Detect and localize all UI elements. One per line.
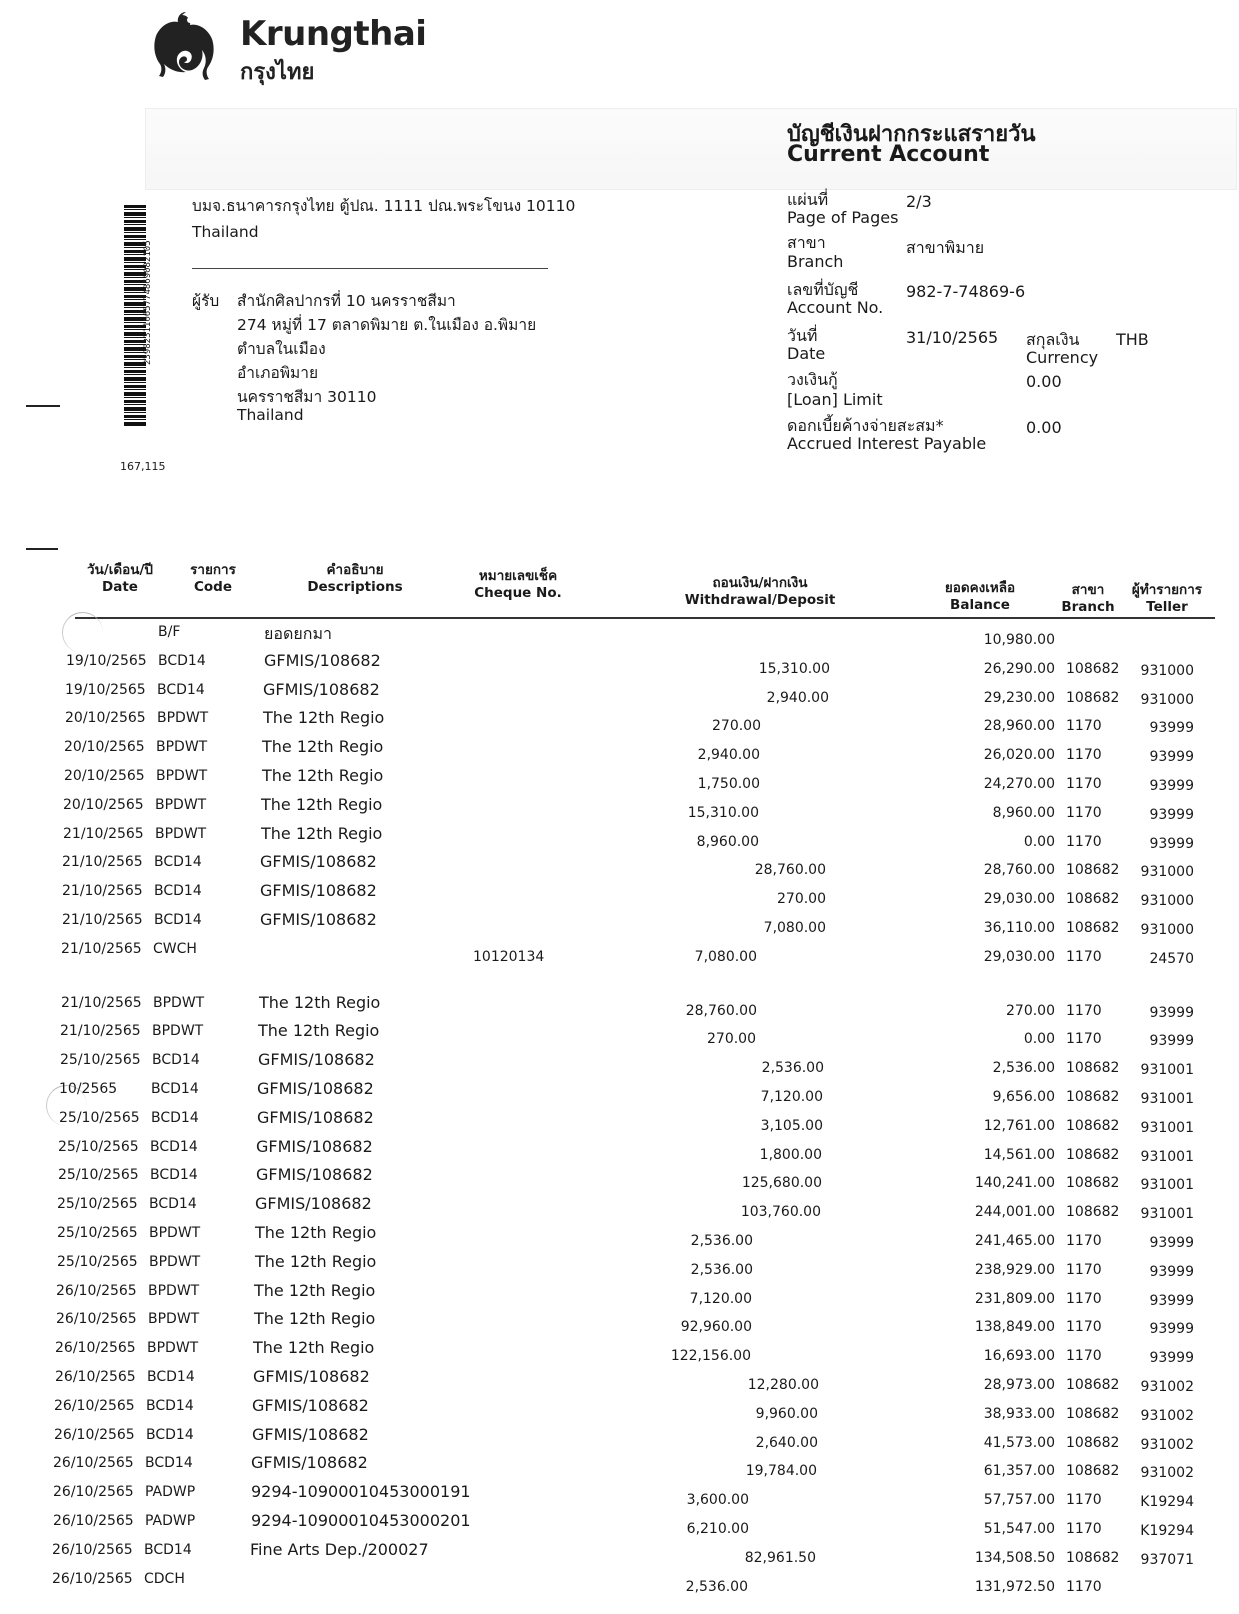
row-teller: 93999 <box>1110 1005 1194 1021</box>
row-balance: 0.00 <box>880 1031 1055 1047</box>
row-desc: The 12th Regio <box>254 1309 375 1328</box>
row-teller: 93999 <box>1110 720 1194 736</box>
row-deposit: 82,961.50 <box>676 1550 816 1566</box>
row-desc: GFMIS/108682 <box>257 1108 374 1127</box>
row-desc: The 12th Regio <box>261 795 382 814</box>
row-code: BCD14 <box>154 854 202 870</box>
row-date: 21/10/2565 <box>62 854 143 870</box>
statement-date: 31/10/2565 <box>906 328 998 347</box>
row-teller: 93999 <box>1110 1321 1194 1337</box>
row-code: BCD14 <box>145 1455 193 1471</box>
row-branch: 1170 <box>1066 1319 1102 1335</box>
row-branch: 1170 <box>1066 718 1102 734</box>
col-header-withdrawal-deposit: ถอนเงิน/ฝากเงินWithdrawal/Deposit <box>680 575 840 609</box>
row-teller: 931000 <box>1110 893 1194 909</box>
row-teller: 931000 <box>1110 922 1194 938</box>
row-teller: 931000 <box>1110 692 1194 708</box>
row-desc: The 12th Regio <box>262 766 383 785</box>
row-branch: 1170 <box>1066 834 1102 850</box>
row-deposit: 2,640.00 <box>678 1435 818 1451</box>
table-row: 10/2565BCD14GFMIS/1086827,120.009,656.00… <box>0 1081 1239 1109</box>
row-balance: 29,030.00 <box>880 949 1055 965</box>
brand-name-en: Krungthai <box>240 14 426 54</box>
row-desc: GFMIS/108682 <box>256 1137 373 1156</box>
row-balance: 24,270.00 <box>880 776 1055 792</box>
row-teller: 931002 <box>1110 1437 1194 1453</box>
garuda-logo-icon <box>150 8 222 86</box>
row-desc: The 12th Regio <box>259 993 380 1012</box>
row-branch: 1170 <box>1066 1003 1102 1019</box>
table-row: 25/10/2565BCD14GFMIS/1086821,800.0014,56… <box>0 1139 1239 1167</box>
row-code: BCD14 <box>146 1398 194 1414</box>
branch-value: สาขาพิมาย <box>906 236 984 261</box>
row-withdrawal: 2,536.00 <box>613 1262 753 1278</box>
row-date: 19/10/2565 <box>65 682 146 698</box>
row-code: BPDWT <box>155 826 206 842</box>
row-branch: 1170 <box>1066 1031 1102 1047</box>
table-row: 19/10/2565BCD14GFMIS/1086822,940.0029,23… <box>0 682 1239 710</box>
row-date: 26/10/2565 <box>53 1513 134 1529</box>
table-row: 25/10/2565BPDWTThe 12th Regio2,536.00241… <box>0 1225 1239 1253</box>
row-withdrawal: 1,750.00 <box>620 776 760 792</box>
page-label-th: แผ่นที่ <box>787 190 828 210</box>
row-code: BCD14 <box>147 1369 195 1385</box>
accrued-value: 0.00 <box>1026 418 1062 437</box>
table-row: B/Fยอดยกมา10,980.00 <box>0 624 1239 652</box>
row-teller: 931001 <box>1110 1206 1194 1222</box>
date-label-th: วันที่ <box>787 326 817 346</box>
row-balance: 270.00 <box>880 1003 1055 1019</box>
row-teller: K19294 <box>1110 1523 1194 1539</box>
row-balance: 26,290.00 <box>880 661 1055 677</box>
row-teller: 93999 <box>1110 1264 1194 1280</box>
row-balance: 28,960.00 <box>880 718 1055 734</box>
row-code: BPDWT <box>152 1023 203 1039</box>
row-desc: ยอดยกมา <box>264 622 332 647</box>
row-balance: 36,110.00 <box>880 920 1055 936</box>
row-date: 25/10/2565 <box>59 1110 140 1126</box>
table-row: 26/10/2565PADWP9294-109000104530001913,6… <box>0 1484 1239 1512</box>
table-row: 21/10/2565BCD14GFMIS/108682270.0029,030.… <box>0 883 1239 911</box>
row-code: BCD14 <box>151 1081 199 1097</box>
row-date: 25/10/2565 <box>60 1052 141 1068</box>
row-withdrawal: 270.00 <box>621 718 761 734</box>
row-date: 21/10/2565 <box>62 883 143 899</box>
row-desc: The 12th Regio <box>253 1338 374 1357</box>
row-cheque: 10120134 <box>473 949 544 965</box>
table-row: 25/10/2565BCD14GFMIS/108682103,760.00244… <box>0 1196 1239 1224</box>
row-desc: The 12th Regio <box>261 824 382 843</box>
col-header-code: รายการCode <box>178 562 248 596</box>
row-desc: GFMIS/108682 <box>252 1425 369 1444</box>
row-withdrawal: 2,536.00 <box>608 1579 748 1595</box>
row-desc: The 12th Regio <box>262 737 383 756</box>
row-code: BPDWT <box>155 797 206 813</box>
row-code: BPDWT <box>149 1254 200 1270</box>
row-desc: The 12th Regio <box>255 1223 376 1242</box>
row-balance: 38,933.00 <box>880 1406 1055 1422</box>
fold-mark <box>26 405 60 407</box>
row-deposit: 28,760.00 <box>686 862 826 878</box>
row-withdrawal: 2,940.00 <box>620 747 760 763</box>
row-desc: 9294-10900010453000201 <box>251 1511 471 1530</box>
row-balance: 8,960.00 <box>880 805 1055 821</box>
row-desc: 9294-10900010453000191 <box>251 1482 471 1501</box>
brand-name-th: กรุงไทย <box>240 54 314 89</box>
row-code: BCD14 <box>150 1167 198 1183</box>
row-branch: 1170 <box>1066 776 1102 792</box>
row-desc: GFMIS/108682 <box>251 1453 368 1472</box>
row-deposit: 270.00 <box>686 891 826 907</box>
table-row: 25/10/2565BCD14GFMIS/1086823,105.0012,76… <box>0 1110 1239 1138</box>
row-balance: 140,241.00 <box>880 1175 1055 1191</box>
row-code: BCD14 <box>154 883 202 899</box>
table-row: 21/10/2565BCD14GFMIS/1086827,080.0036,11… <box>0 912 1239 940</box>
row-teller: 93999 <box>1110 1350 1194 1366</box>
row-balance: 244,001.00 <box>880 1204 1055 1220</box>
row-teller: 931001 <box>1110 1062 1194 1078</box>
row-withdrawal: 7,120.00 <box>612 1291 752 1307</box>
row-deposit: 2,536.00 <box>684 1060 824 1076</box>
row-code: BPDWT <box>156 768 207 784</box>
table-row: 26/10/2565BPDWTThe 12th Regio122,156.001… <box>0 1340 1239 1368</box>
recipient-line-6: Thailand <box>237 406 304 424</box>
row-teller: 931000 <box>1110 864 1194 880</box>
row-code: BCD14 <box>152 1052 200 1068</box>
table-row: 26/10/2565BPDWTThe 12th Regio92,960.0013… <box>0 1311 1239 1339</box>
row-deposit: 2,940.00 <box>689 690 829 706</box>
row-deposit: 125,680.00 <box>682 1175 822 1191</box>
row-withdrawal: 2,536.00 <box>613 1233 753 1249</box>
row-teller: 931001 <box>1110 1177 1194 1193</box>
col-header-teller: ผู้ทำรายการTeller <box>1122 582 1212 616</box>
row-teller: 93999 <box>1110 1235 1194 1251</box>
row-withdrawal: 15,310.00 <box>619 805 759 821</box>
row-desc: GFMIS/108682 <box>260 881 377 900</box>
col-header-descriptions: คำอธิบายDescriptions <box>300 562 410 596</box>
header-divider <box>75 617 1215 619</box>
row-branch: 1170 <box>1066 949 1102 965</box>
row-date: 26/10/2565 <box>54 1427 135 1443</box>
row-withdrawal: 92,960.00 <box>612 1319 752 1335</box>
currency-value: THB <box>1116 330 1149 349</box>
row-date: 26/10/2565 <box>56 1311 137 1327</box>
row-branch: 1170 <box>1066 747 1102 763</box>
table-row: 20/10/2565BPDWTThe 12th Regio15,310.008,… <box>0 797 1239 825</box>
recipient-line-3: ตำบลในเมือง <box>237 336 326 361</box>
row-date: 26/10/2565 <box>55 1369 136 1385</box>
row-date: 21/10/2565 <box>63 826 144 842</box>
row-withdrawal: 270.00 <box>616 1031 756 1047</box>
row-date: 20/10/2565 <box>64 739 145 755</box>
row-deposit: 7,080.00 <box>686 920 826 936</box>
row-date: 21/10/2565 <box>62 912 143 928</box>
row-desc: The 12th Regio <box>263 708 384 727</box>
row-code: BPDWT <box>147 1340 198 1356</box>
row-code: BCD14 <box>158 653 206 669</box>
table-row: 19/10/2565BCD14GFMIS/10868215,310.0026,2… <box>0 653 1239 681</box>
currency-label-th: สกุลเงิน <box>1026 330 1079 350</box>
fold-mark <box>26 548 58 550</box>
row-code: BPDWT <box>148 1283 199 1299</box>
row-deposit: 7,120.00 <box>683 1089 823 1105</box>
row-balance: 131,972.50 <box>880 1579 1055 1595</box>
table-row: 26/10/2565BCD14GFMIS/1086822,640.0041,57… <box>0 1427 1239 1455</box>
table-row: 26/10/2565BCD14Fine Arts Dep./20002782,9… <box>0 1542 1239 1570</box>
row-code: BCD14 <box>150 1139 198 1155</box>
row-desc: GFMIS/108682 <box>257 1079 374 1098</box>
row-code: BCD14 <box>157 682 205 698</box>
row-balance: 238,929.00 <box>880 1262 1055 1278</box>
row-deposit: 1,800.00 <box>682 1147 822 1163</box>
row-deposit: 9,960.00 <box>678 1406 818 1422</box>
row-deposit: 103,760.00 <box>681 1204 821 1220</box>
col-header-balance: ยอดคงเหลือBalance <box>930 580 1030 614</box>
row-branch: 1170 <box>1066 1262 1102 1278</box>
row-teller: 93999 <box>1110 807 1194 823</box>
row-date: 25/10/2565 <box>57 1254 138 1270</box>
row-teller: 931002 <box>1110 1379 1194 1395</box>
branch-label-th: สาขา <box>787 233 826 253</box>
accrued-label-th: ดอกเบี้ยค้างจ่ายสะสม* <box>787 416 944 436</box>
row-desc: The 12th Regio <box>258 1021 379 1040</box>
row-desc: GFMIS/108682 <box>256 1165 373 1184</box>
row-balance: 61,357.00 <box>880 1463 1055 1479</box>
col-header-cheque: หมายเลขเช็คCheque No. <box>468 568 568 602</box>
row-withdrawal: 6,210.00 <box>609 1521 749 1537</box>
row-branch: 1170 <box>1066 805 1102 821</box>
page-value: 2/3 <box>906 192 932 211</box>
row-desc: Fine Arts Dep./200027 <box>250 1540 429 1559</box>
row-teller: 24570 <box>1110 951 1194 967</box>
row-desc: GFMIS/108682 <box>253 1367 370 1386</box>
row-branch: 1170 <box>1066 1233 1102 1249</box>
row-desc: GFMIS/108682 <box>255 1194 372 1213</box>
row-teller: 93999 <box>1110 778 1194 794</box>
row-branch: 1170 <box>1066 1348 1102 1364</box>
row-balance: 2,536.00 <box>880 1060 1055 1076</box>
currency-label-en: Currency <box>1026 348 1098 368</box>
row-balance: 28,760.00 <box>880 862 1055 878</box>
table-row: 26/10/2565BCD14GFMIS/10868219,784.0061,3… <box>0 1455 1239 1483</box>
row-date: 25/10/2565 <box>58 1167 139 1183</box>
table-row: 26/10/2565PADWP9294-109000104530002016,2… <box>0 1513 1239 1541</box>
row-branch: 1170 <box>1066 1291 1102 1307</box>
table-row: 21/10/2565BPDWTThe 12th Regio28,760.0027… <box>0 995 1239 1023</box>
row-deposit: 19,784.00 <box>677 1463 817 1479</box>
table-row: 20/10/2565BPDWTThe 12th Regio270.0028,96… <box>0 710 1239 738</box>
row-date: 21/10/2565 <box>60 1023 141 1039</box>
row-date: 25/10/2565 <box>58 1139 139 1155</box>
table-row: 26/10/2565BCD14GFMIS/1086829,960.0038,93… <box>0 1398 1239 1426</box>
row-desc: GFMIS/108682 <box>263 680 380 699</box>
col-header-date: วัน/เดือน/ปีDate <box>70 562 170 596</box>
row-withdrawal: 28,760.00 <box>617 1003 757 1019</box>
row-teller: 931002 <box>1110 1465 1194 1481</box>
row-balance: 57,757.00 <box>880 1492 1055 1508</box>
page-label-en: Page of Pages <box>787 208 898 228</box>
row-balance: 41,573.00 <box>880 1435 1055 1451</box>
branch-label-en: Branch <box>787 252 843 272</box>
loan-limit-value: 0.00 <box>1026 372 1062 391</box>
row-teller: 931001 <box>1110 1120 1194 1136</box>
row-balance: 26,020.00 <box>880 747 1055 763</box>
account-number: 982-7-74869-6 <box>906 282 1025 301</box>
row-balance: 29,230.00 <box>880 690 1055 706</box>
row-date: 26/10/2565 <box>55 1340 136 1356</box>
row-balance: 241,465.00 <box>880 1233 1055 1249</box>
table-row: 21/10/2565BPDWTThe 12th Regio8,960.000.0… <box>0 826 1239 854</box>
row-balance: 12,761.00 <box>880 1118 1055 1134</box>
sender-address: บมจ.ธนาคารกรุงไทย ตู้ปณ. 1111 ปณ.พระโขนง… <box>192 193 575 218</box>
row-date: 20/10/2565 <box>65 710 146 726</box>
table-row: 20/10/2565BPDWTThe 12th Regio2,940.0026,… <box>0 739 1239 767</box>
loan-limit-label-en: [Loan] Limit <box>787 390 883 410</box>
table-row: 21/10/2565CWCH101201347,080.0029,030.001… <box>0 941 1239 969</box>
row-code: B/F <box>158 624 180 640</box>
row-branch: 1170 <box>1066 1521 1102 1537</box>
row-date: 20/10/2565 <box>64 768 145 784</box>
row-deposit: 12,280.00 <box>679 1377 819 1393</box>
row-teller: 931000 <box>1110 663 1194 679</box>
row-desc: GFMIS/108682 <box>260 910 377 929</box>
recipient-line-4: อำเภอพิมาย <box>237 360 318 385</box>
row-date: 26/10/2565 <box>54 1398 135 1414</box>
background-watermark-box <box>145 108 1237 190</box>
table-row: 26/10/2565CDCH2,536.00131,972.501170 <box>0 1571 1239 1599</box>
row-branch: 1170 <box>1066 1492 1102 1508</box>
row-code: BCD14 <box>144 1542 192 1558</box>
row-withdrawal: 122,156.00 <box>611 1348 751 1364</box>
row-balance: 29,030.00 <box>880 891 1055 907</box>
table-row: 25/10/2565BPDWTThe 12th Regio2,536.00238… <box>0 1254 1239 1282</box>
account-label-en: Account No. <box>787 298 883 318</box>
table-row: 21/10/2565BPDWTThe 12th Regio270.000.001… <box>0 1023 1239 1051</box>
row-code: BPDWT <box>149 1225 200 1241</box>
row-code: PADWP <box>145 1484 195 1500</box>
row-teller: K19294 <box>1110 1494 1194 1510</box>
table-row: 26/10/2565BPDWTThe 12th Regio7,120.00231… <box>0 1283 1239 1311</box>
row-teller: 931001 <box>1110 1149 1194 1165</box>
row-desc: The 12th Regio <box>254 1281 375 1300</box>
row-teller: 93999 <box>1110 1033 1194 1049</box>
address-divider <box>192 268 548 269</box>
row-code: BCD14 <box>149 1196 197 1212</box>
row-desc: GFMIS/108682 <box>264 651 381 670</box>
row-deposit: 15,310.00 <box>690 661 830 677</box>
row-code: BPDWT <box>148 1311 199 1327</box>
row-code: BPDWT <box>153 995 204 1011</box>
row-date: 20/10/2565 <box>63 797 144 813</box>
row-date: 26/10/2565 <box>52 1542 133 1558</box>
row-date: 26/10/2565 <box>52 1571 133 1587</box>
row-desc: The 12th Regio <box>255 1252 376 1271</box>
accrued-label-en: Accrued Interest Payable <box>787 434 986 454</box>
row-code: CDCH <box>144 1571 185 1587</box>
row-code: CWCH <box>153 941 197 957</box>
document-reference: 167,115 <box>120 460 166 473</box>
row-teller: 93999 <box>1110 749 1194 765</box>
table-row: 25/10/2565BCD14GFMIS/108682125,680.00140… <box>0 1167 1239 1195</box>
row-date: 10/2565 <box>59 1081 117 1097</box>
row-code: BCD14 <box>154 912 202 928</box>
row-deposit: 3,105.00 <box>683 1118 823 1134</box>
table-row: 25/10/2565BCD14GFMIS/1086822,536.002,536… <box>0 1052 1239 1080</box>
row-teller: 931001 <box>1110 1091 1194 1107</box>
row-date: 26/10/2565 <box>53 1484 134 1500</box>
statement-title-en: Current Account <box>787 142 989 167</box>
recipient-line-2: 274 หมู่ที่ 17 ตลาดพิมาย ต.ในเมือง อ.พิม… <box>237 312 536 337</box>
row-date: 25/10/2565 <box>57 1225 138 1241</box>
table-row: 21/10/2565BCD14GFMIS/10868228,760.0028,7… <box>0 854 1239 882</box>
row-balance: 16,693.00 <box>880 1348 1055 1364</box>
row-withdrawal: 8,960.00 <box>619 834 759 850</box>
table-row: 26/10/2565BCD14GFMIS/10868212,280.0028,9… <box>0 1369 1239 1397</box>
row-date: 19/10/2565 <box>66 653 147 669</box>
account-label-th: เลขที่บัญชี <box>787 280 858 300</box>
sender-country: Thailand <box>192 223 259 241</box>
row-branch: 1170 <box>1066 1579 1102 1595</box>
row-balance: 28,973.00 <box>880 1377 1055 1393</box>
row-balance: 14,561.00 <box>880 1147 1055 1163</box>
row-teller: 93999 <box>1110 836 1194 852</box>
row-code: BCD14 <box>146 1427 194 1443</box>
row-date: 25/10/2565 <box>57 1196 138 1212</box>
row-teller: 93999 <box>1110 1293 1194 1309</box>
date-label-en: Date <box>787 344 825 364</box>
row-code: BCD14 <box>151 1110 199 1126</box>
row-code: PADWP <box>145 1513 195 1529</box>
row-desc: GFMIS/108682 <box>260 852 377 871</box>
row-balance: 9,656.00 <box>880 1089 1055 1105</box>
col-header-branch: สาขาBranch <box>1058 582 1118 616</box>
row-balance: 134,508.50 <box>880 1550 1055 1566</box>
row-balance: 0.00 <box>880 834 1055 850</box>
row-code: BPDWT <box>156 739 207 755</box>
row-date: 26/10/2565 <box>56 1283 137 1299</box>
loan-limit-label-th: วงเงินกู้ <box>787 370 838 390</box>
row-desc: GFMIS/108682 <box>258 1050 375 1069</box>
recipient-line-1: สำนักศิลปากรที่ 10 นครราชสีมา <box>237 288 456 313</box>
recipient-label: ผู้รับ <box>192 288 219 313</box>
row-withdrawal: 7,080.00 <box>617 949 757 965</box>
row-teller: 931002 <box>1110 1408 1194 1424</box>
row-balance: 10,980.00 <box>880 632 1055 648</box>
barcode-number: 23982311065774869082105 <box>143 245 153 365</box>
table-row: 20/10/2565BPDWTThe 12th Regio1,750.0024,… <box>0 768 1239 796</box>
row-balance: 231,809.00 <box>880 1291 1055 1307</box>
row-desc: GFMIS/108682 <box>252 1396 369 1415</box>
row-date: 21/10/2565 <box>61 941 142 957</box>
row-balance: 138,849.00 <box>880 1319 1055 1335</box>
row-teller: 937071 <box>1110 1552 1194 1568</box>
row-code: BPDWT <box>157 710 208 726</box>
row-date: 26/10/2565 <box>53 1455 134 1471</box>
row-date: 21/10/2565 <box>61 995 142 1011</box>
row-withdrawal: 3,600.00 <box>609 1492 749 1508</box>
row-balance: 51,547.00 <box>880 1521 1055 1537</box>
